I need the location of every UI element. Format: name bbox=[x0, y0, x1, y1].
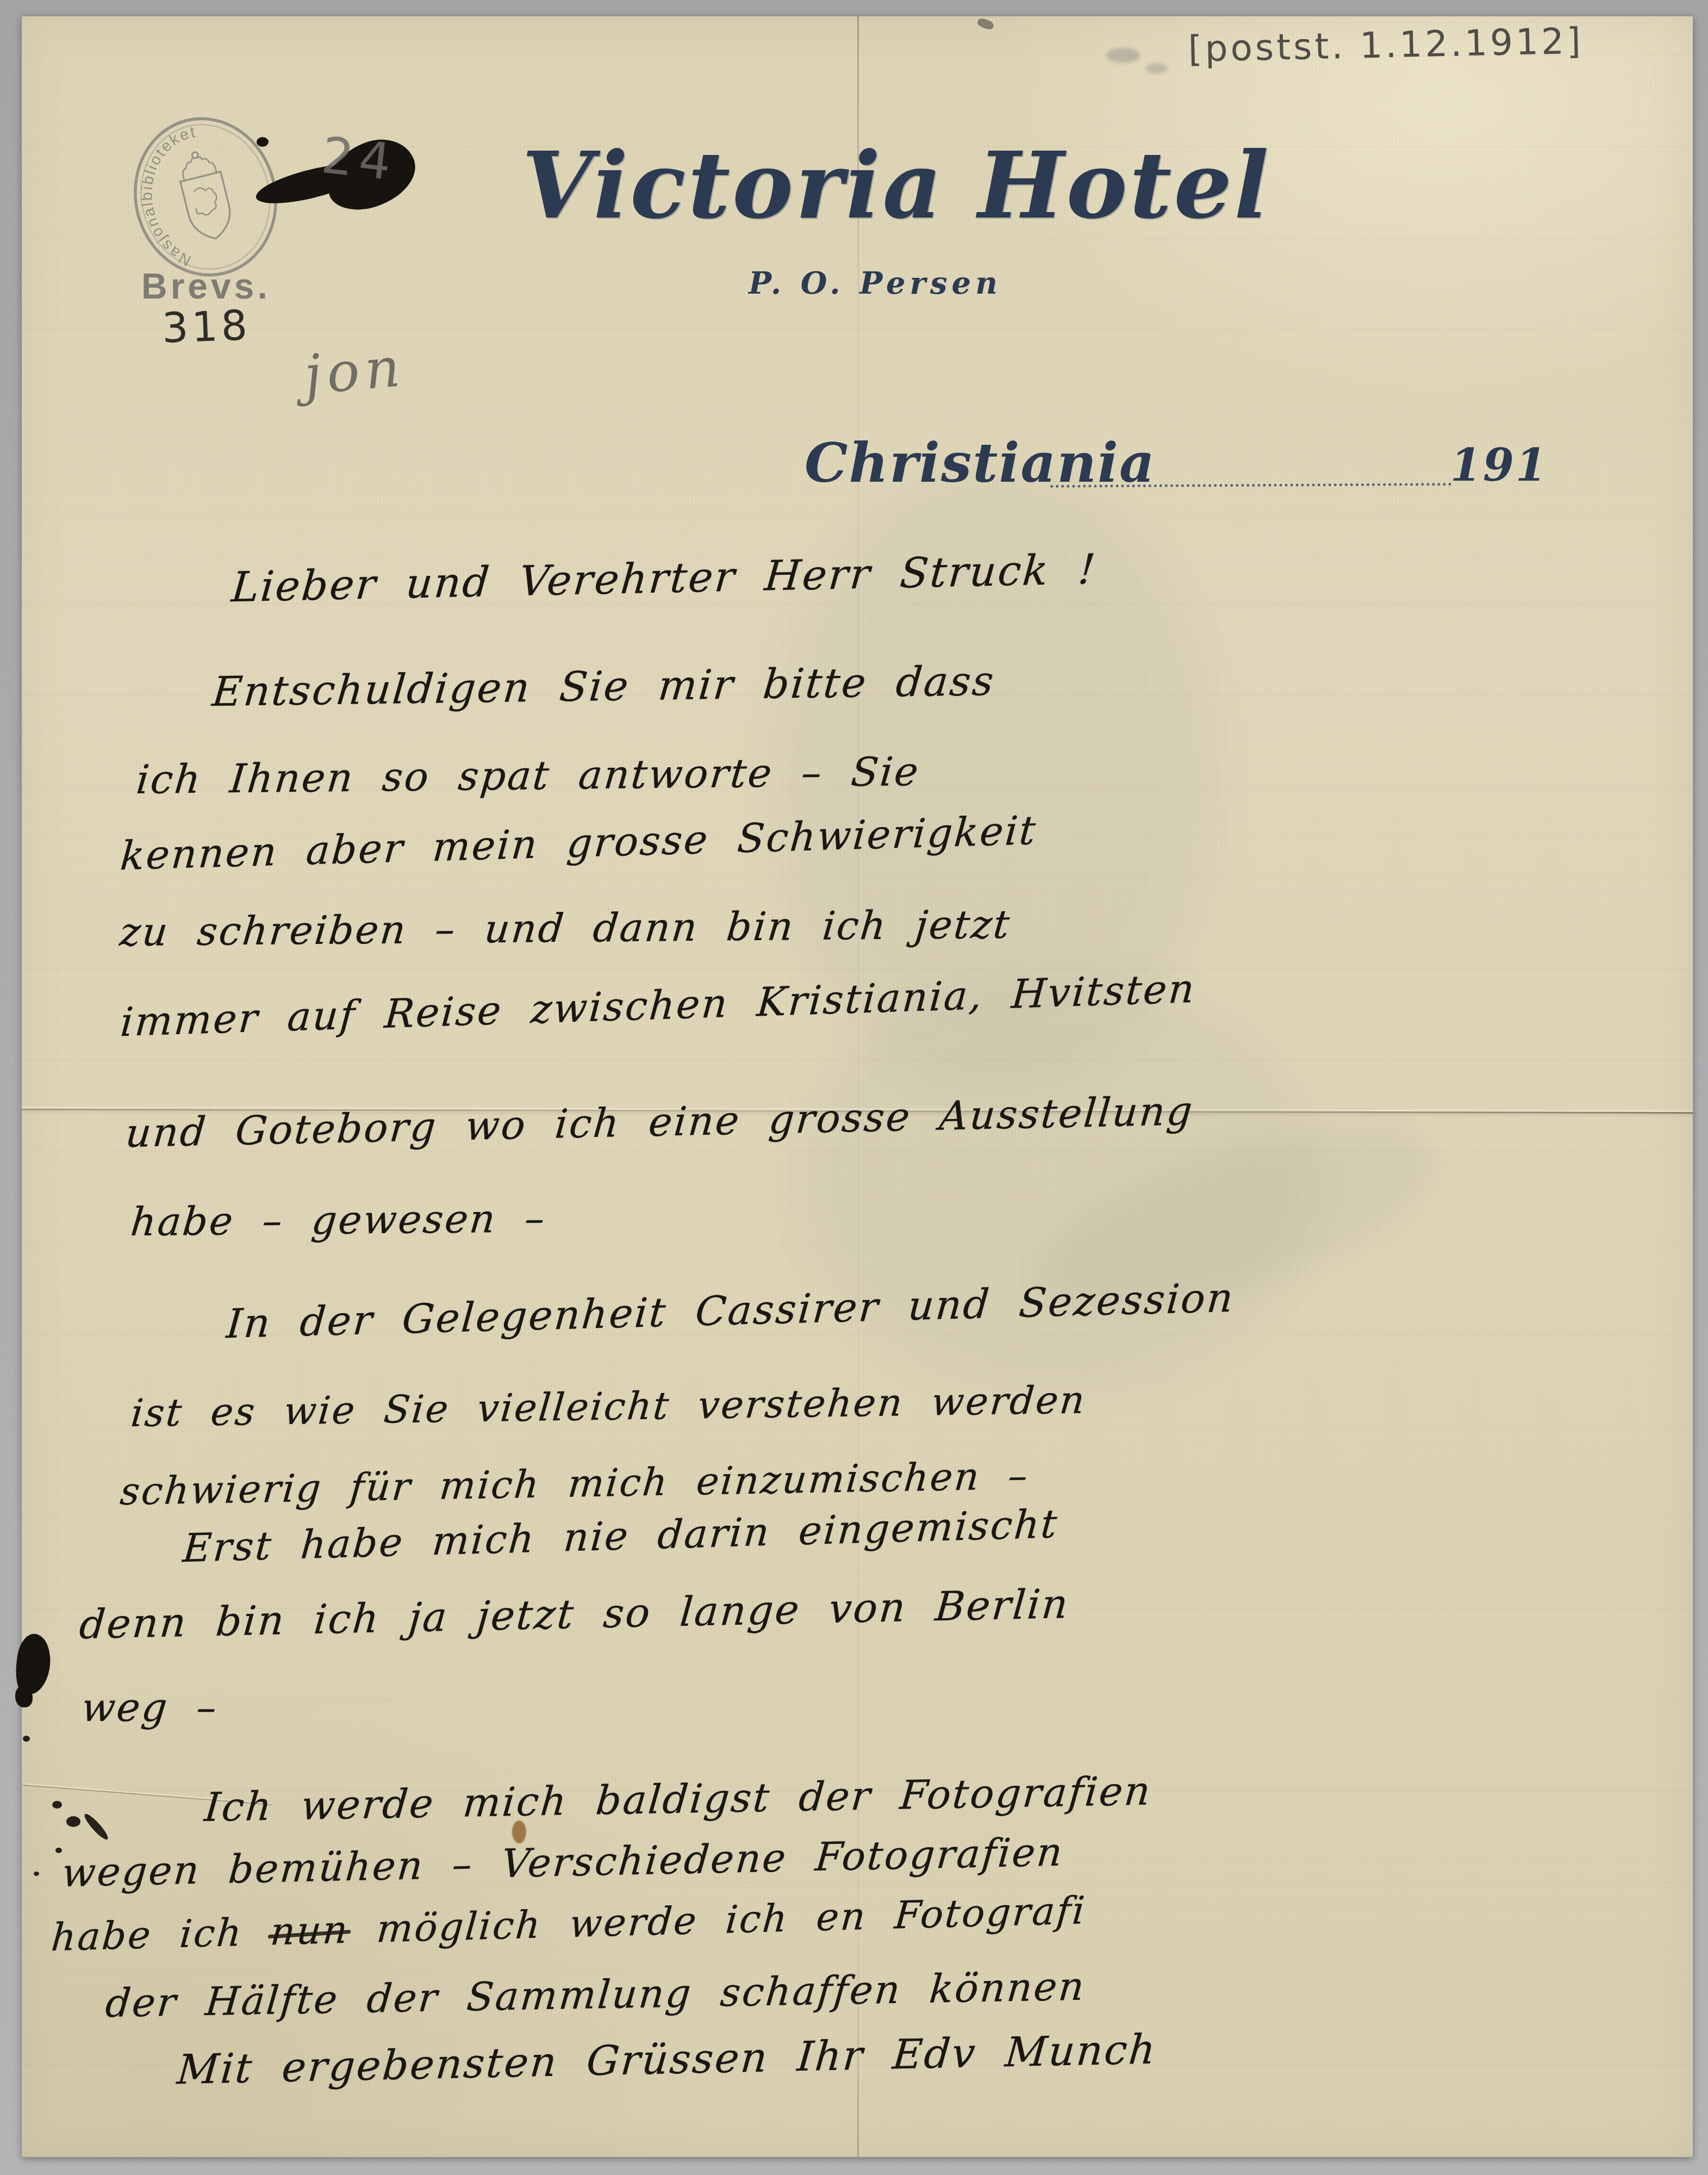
pencil-name-annotation: jon bbox=[302, 335, 408, 407]
dateline-dotted-rule bbox=[1050, 449, 1451, 488]
letterhead-hotel-name: Victoria Hotel bbox=[522, 132, 1229, 239]
ink-blot-drop bbox=[257, 137, 269, 147]
edge-ink-mark bbox=[15, 1686, 33, 1707]
scanned-letter-page: [postst. 1.12.1912] Nasjonalbiblioteket … bbox=[0, 0, 1708, 2175]
dateline-year: 191 bbox=[1450, 439, 1548, 492]
letterhead-proprietor: P. O. Persen bbox=[631, 265, 1120, 301]
pencil-number: 24 bbox=[319, 126, 400, 192]
letter-line: ich Ihnen so spat antworte – Sie bbox=[134, 749, 922, 803]
postmark-annotation: [postst. 1.12.1912] bbox=[1188, 20, 1584, 70]
coat-of-arms-icon bbox=[174, 147, 236, 244]
letter-line: zu schreiben – und dann bin ich jetzt bbox=[118, 902, 1013, 955]
letter-line: weg – bbox=[79, 1685, 220, 1730]
archive-number: 318 bbox=[161, 301, 251, 352]
pencil-smudge bbox=[1106, 48, 1140, 63]
pencil-smudge bbox=[1146, 63, 1168, 74]
letter-line-segment: habe ich bbox=[50, 1909, 273, 1960]
struck-word: nun bbox=[269, 1907, 351, 1954]
brevs-stamp: Brevs. bbox=[141, 265, 271, 307]
letter-line: habe – gewesen – bbox=[129, 1195, 548, 1245]
foxing-spot bbox=[512, 1820, 526, 1843]
